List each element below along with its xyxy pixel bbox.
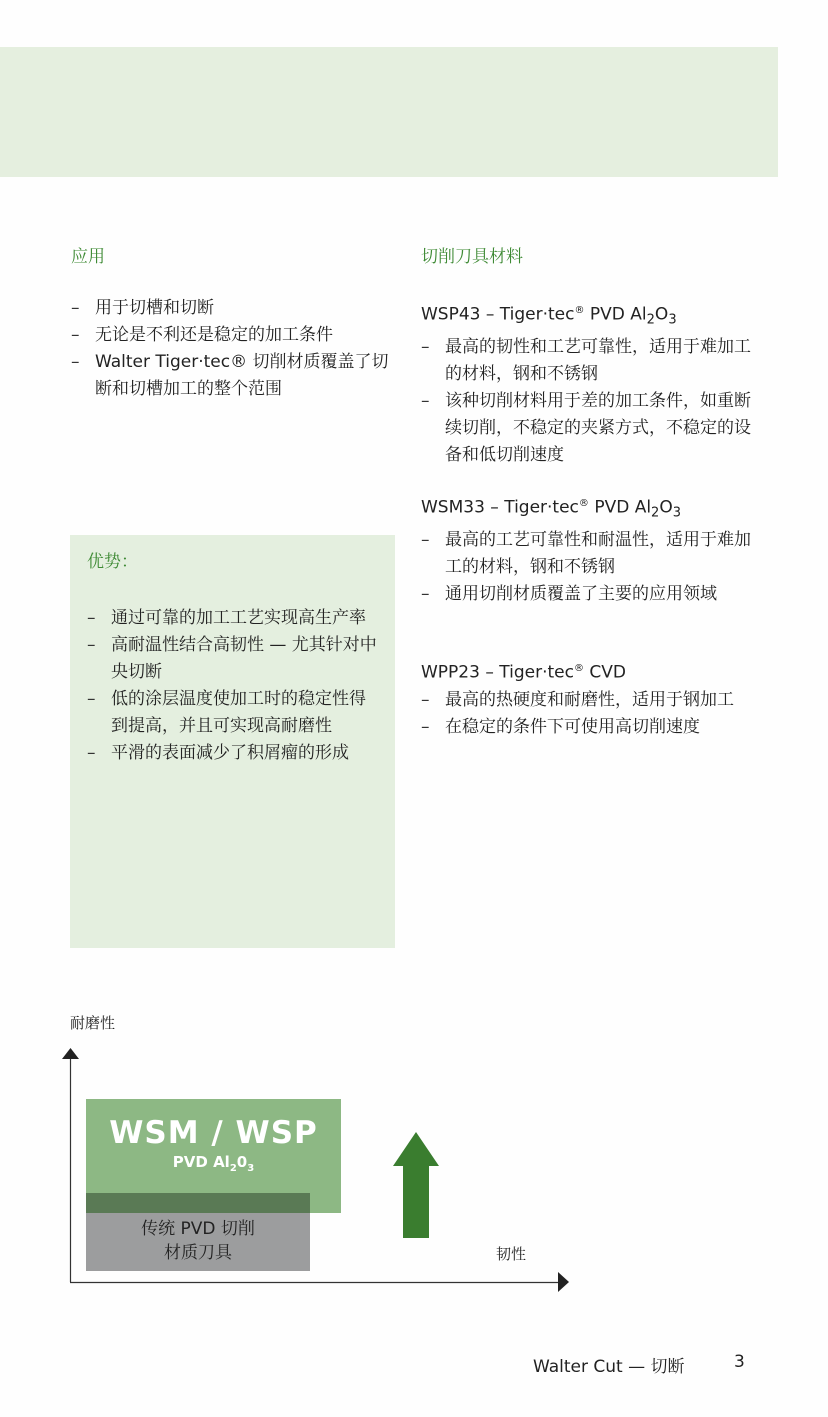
list-item: 低的涂层温度使加工时的稳定性得到提高，并且可实现高耐磨性 [87, 686, 377, 740]
traditional-pvd-box: 传统 PVD 切削 材质刀具 [86, 1213, 310, 1271]
list-item: 高耐温性结合高韧性 — 尤其针对中央切断 [87, 632, 377, 686]
grade-list: 最高的热硬度和耐磨性，适用于钢加工 在稳定的条件下可使用高切削速度 [421, 687, 751, 741]
list-item: 通过可靠的加工工艺实现高生产率 [87, 605, 377, 632]
list-item: 通用切削材质覆盖了主要的应用领域 [421, 581, 751, 608]
y-axis-label: 耐磨性 [70, 1012, 115, 1033]
list-item: 在稳定的条件下可使用高切削速度 [421, 714, 751, 741]
grade-wpp23: WPP23 – Tiger·tec® CVD 最高的热硬度和耐磨性，适用于钢加工… [421, 655, 751, 741]
up-arrow-icon [393, 1132, 439, 1238]
grade-wsp43: WSP43 – Tiger·tec® PVD Al2O3 最高的韧性和工艺可靠性… [421, 297, 751, 469]
list-item: 该种切削材料用于差的加工条件，如重断续切削，不稳定的夹紧方式，不稳定的设备和低切… [421, 388, 751, 469]
list-item: 平滑的表面减少了积屑瘤的形成 [87, 740, 377, 767]
application-heading: 应用 [71, 242, 105, 267]
grade-list: 最高的韧性和工艺可靠性，适用于难加工的材料，钢和不锈钢 该种切削材料用于差的加工… [421, 334, 751, 469]
x-axis-arrow-icon [558, 1272, 569, 1292]
grade-title: WSM33 – Tiger·tec® PVD Al2O3 [421, 490, 751, 527]
grade-list: 最高的工艺可靠性和耐温性，适用于难加工的材料，钢和不锈钢 通用切削材质覆盖了主要… [421, 527, 751, 608]
page-number: 3 [734, 1352, 745, 1372]
header-banner [0, 47, 778, 177]
y-axis-arrow-icon [62, 1048, 79, 1059]
list-item: 最高的工艺可靠性和耐温性，适用于难加工的材料，钢和不锈钢 [421, 527, 751, 581]
x-axis-label: 韧性 [496, 1243, 526, 1264]
grade-title: WSP43 – Tiger·tec® PVD Al2O3 [421, 297, 751, 334]
advantages-heading: 优势： [87, 547, 138, 572]
list-item: 最高的韧性和工艺可靠性，适用于难加工的材料，钢和不锈钢 [421, 334, 751, 388]
comparison-diagram: WSM / WSP PVD Al203 传统 PVD 切削 材质刀具 韧性 [0, 1040, 828, 1300]
materials-heading: 切削刀具材料 [421, 242, 523, 267]
list-item: 用于切槽和切断 [71, 295, 391, 322]
overlap-band [86, 1193, 310, 1213]
footer-title: Walter Cut — 切断 [533, 1352, 685, 1377]
list-item: 无论是不利还是稳定的加工条件 [71, 322, 391, 349]
list-item: Walter Tiger·tec® 切削材质覆盖了切断和切槽加工的整个范围 [71, 349, 391, 403]
application-list: 用于切槽和切断 无论是不利还是稳定的加工条件 Walter Tiger·tec®… [71, 295, 391, 403]
advantages-box: 优势： 通过可靠的加工工艺实现高生产率 高耐温性结合高韧性 — 尤其针对中央切断… [70, 535, 395, 948]
grade-wsm33: WSM33 – Tiger·tec® PVD Al2O3 最高的工艺可靠性和耐温… [421, 490, 751, 608]
advantages-list: 通过可靠的加工工艺实现高生产率 高耐温性结合高韧性 — 尤其针对中央切断 低的涂… [87, 605, 377, 767]
list-item: 最高的热硬度和耐磨性，适用于钢加工 [421, 687, 751, 714]
grade-title: WPP23 – Tiger·tec® CVD [421, 655, 751, 687]
